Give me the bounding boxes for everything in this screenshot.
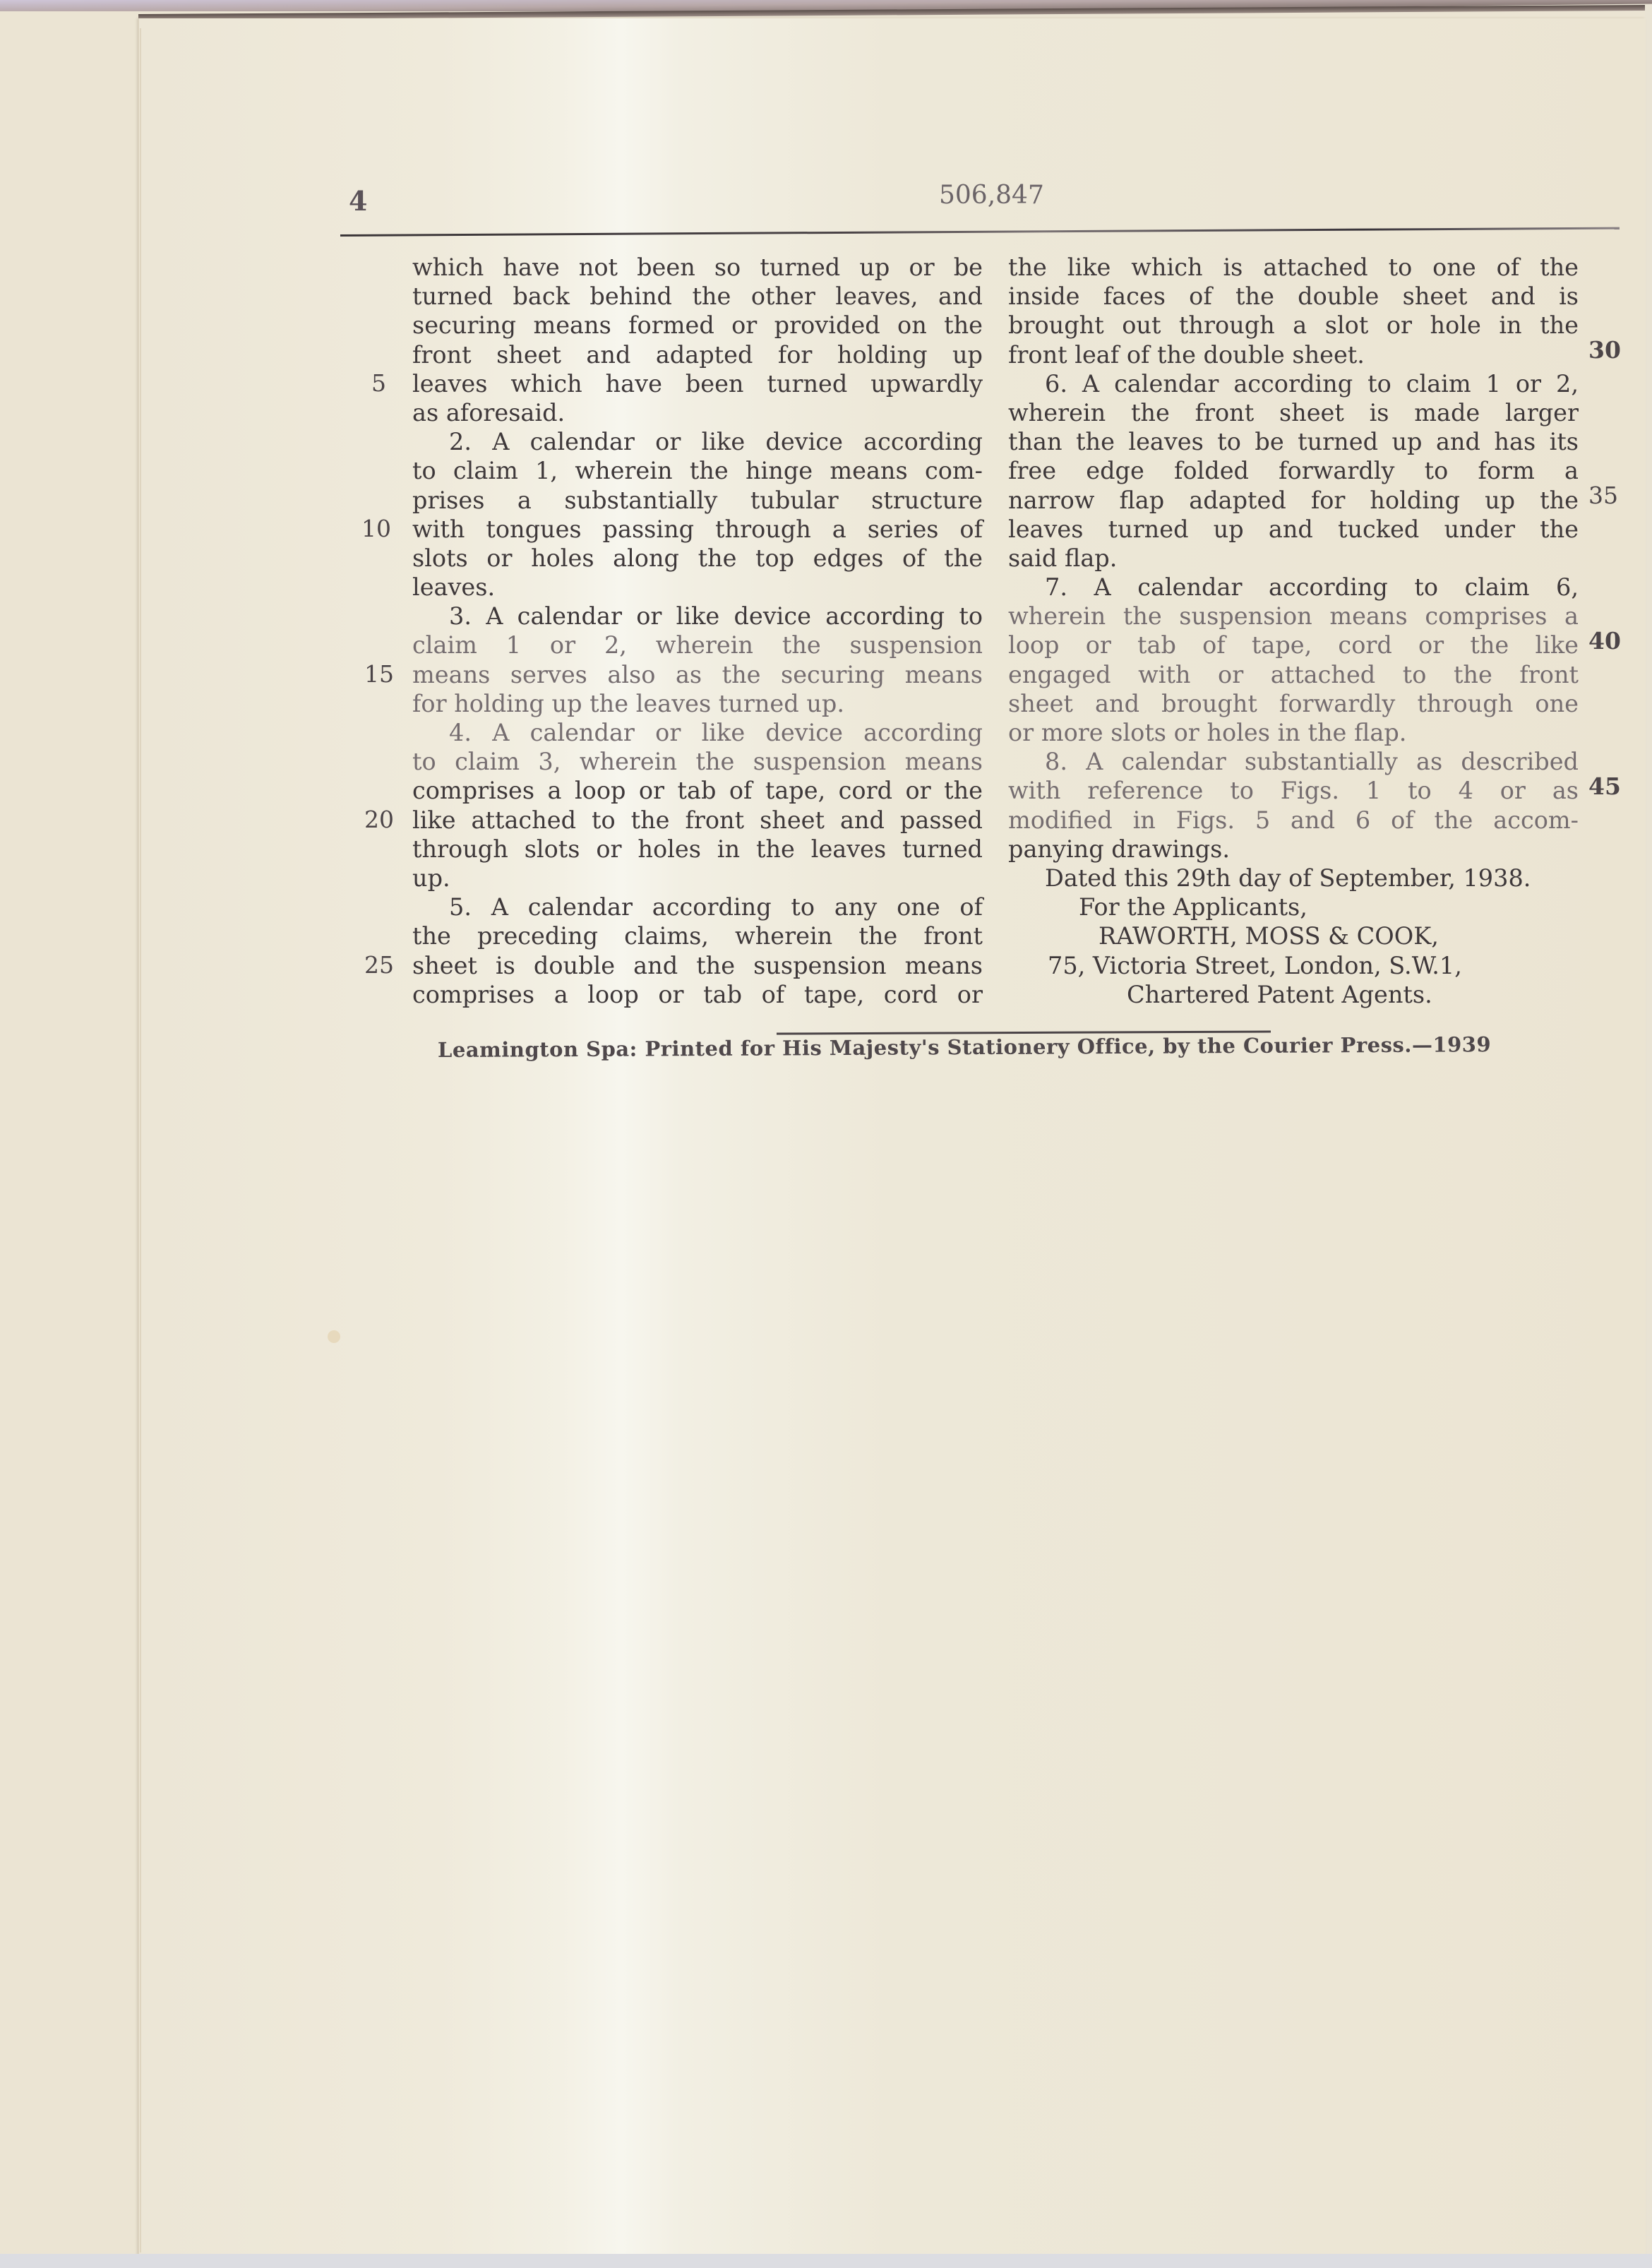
- text-line: slots or holes along the top edges of th…: [412, 544, 983, 573]
- paper-stain: [328, 1330, 340, 1343]
- text-line: brought out through a slot or hole in th…: [1008, 311, 1579, 340]
- signature-date: Dated this 29th day of September, 1938.: [1008, 864, 1579, 893]
- right-column: the like which is attached to one of the…: [1008, 253, 1579, 1009]
- signature-firm: RAWORTH, MOSS & COOK,: [1008, 921, 1579, 950]
- text-line: comprises a loop or tab of tape, cord or…: [412, 776, 983, 805]
- text-line: leaves which have been turned upwardly: [412, 369, 983, 398]
- margin-line-number: 30: [1588, 336, 1621, 364]
- text-line: loop or tab of tape, cord or the like: [1008, 631, 1579, 659]
- margin-line-number: 25: [364, 951, 394, 979]
- text-line: sheet and brought forwardly through one: [1008, 689, 1579, 718]
- margin-line-number: 5: [371, 369, 386, 397]
- signature-address: 75, Victoria Street, London, S.W.1,: [1008, 951, 1579, 980]
- text-line: means serves also as the securing means: [412, 660, 983, 689]
- text-line: said flap.: [1008, 544, 1579, 573]
- text-line: or more slots or holes in the flap.: [1008, 718, 1579, 747]
- margin-line-number: 40: [1588, 627, 1621, 655]
- claim-5-start: 5. A calendar according to any one of: [412, 893, 983, 921]
- claim-4-start: 4. A calendar or like device according: [412, 718, 983, 747]
- text-line: prises a substantially tubular structure: [412, 486, 983, 515]
- text-line: leaves turned up and tucked under the: [1008, 515, 1579, 544]
- text-line: inside faces of the double sheet and is: [1008, 282, 1579, 311]
- text-line: sheet is double and the suspension means: [412, 951, 983, 980]
- text-line: front leaf of the double sheet.: [1008, 340, 1579, 369]
- text-line: engaged with or attached to the front: [1008, 660, 1579, 689]
- claim-7-start: 7. A calendar according to claim 6,: [1008, 573, 1579, 602]
- text-line: than the leaves to be turned up and has …: [1008, 427, 1579, 456]
- page-fold-crease: [140, 28, 141, 2252]
- text-line: turned back behind the other leaves, and: [412, 282, 983, 311]
- text-line: which have not been so turned up or be: [412, 253, 983, 282]
- margin-line-number: 15: [364, 660, 394, 688]
- text-line: wherein the suspension means comprises a: [1008, 602, 1579, 631]
- left-column: which have not been so turned up or be t…: [412, 253, 983, 1009]
- page-number: 4: [349, 185, 368, 217]
- margin-line-number: 20: [364, 806, 394, 833]
- margin-line-number: 45: [1588, 772, 1621, 800]
- text-line: claim 1 or 2, wherein the suspension: [412, 631, 983, 659]
- text-line: securing means formed or provided on the: [412, 311, 983, 340]
- signature-title: Chartered Patent Agents.: [1008, 980, 1579, 1009]
- scan-bottom-edge: [0, 2254, 1652, 2268]
- claim-6-start: 6. A calendar according to claim 1 or 2,: [1008, 369, 1579, 398]
- text-line: narrow flap adapted for holding up the: [1008, 486, 1579, 515]
- text-line: like attached to the front sheet and pas…: [412, 806, 983, 835]
- text-line: comprises a loop or tab of tape, cord or: [412, 980, 983, 1009]
- text-line: front sheet and adapted for holding up: [412, 340, 983, 369]
- text-line: the like which is attached to one of the: [1008, 253, 1579, 282]
- signature-for-applicants: For the Applicants,: [1008, 893, 1579, 921]
- text-line: for holding up the leaves turned up.: [412, 689, 983, 718]
- text-line: with tongues passing through a series of: [412, 515, 983, 544]
- text-line: to claim 3, wherein the suspension means: [412, 747, 983, 776]
- claim-2-start: 2. A calendar or like device according: [412, 427, 983, 456]
- text-line: up.: [412, 864, 983, 893]
- text-line: modified in Figs. 5 and 6 of the accom-: [1008, 806, 1579, 835]
- text-line: as aforesaid.: [412, 398, 983, 427]
- text-line: panying drawings.: [1008, 835, 1579, 864]
- patent-number: 506,847: [939, 181, 1044, 210]
- claim-3-start: 3. A calendar or like device according t…: [412, 602, 983, 631]
- text-line: with reference to Figs. 1 to 4 or as: [1008, 776, 1579, 805]
- claim-8-start: 8. A calendar substantially as described: [1008, 747, 1579, 776]
- text-line: through slots or holes in the leaves tur…: [412, 835, 983, 864]
- margin-line-number: 10: [361, 515, 391, 542]
- text-line: the preceding claims, wherein the front: [412, 921, 983, 950]
- text-line: free edge folded forwardly to form a: [1008, 456, 1579, 485]
- text-line: leaves.: [412, 573, 983, 602]
- text-line: wherein the front sheet is made larger: [1008, 398, 1579, 427]
- text-line: to claim 1, wherein the hinge means com-: [412, 456, 983, 485]
- margin-line-number: 35: [1588, 482, 1618, 509]
